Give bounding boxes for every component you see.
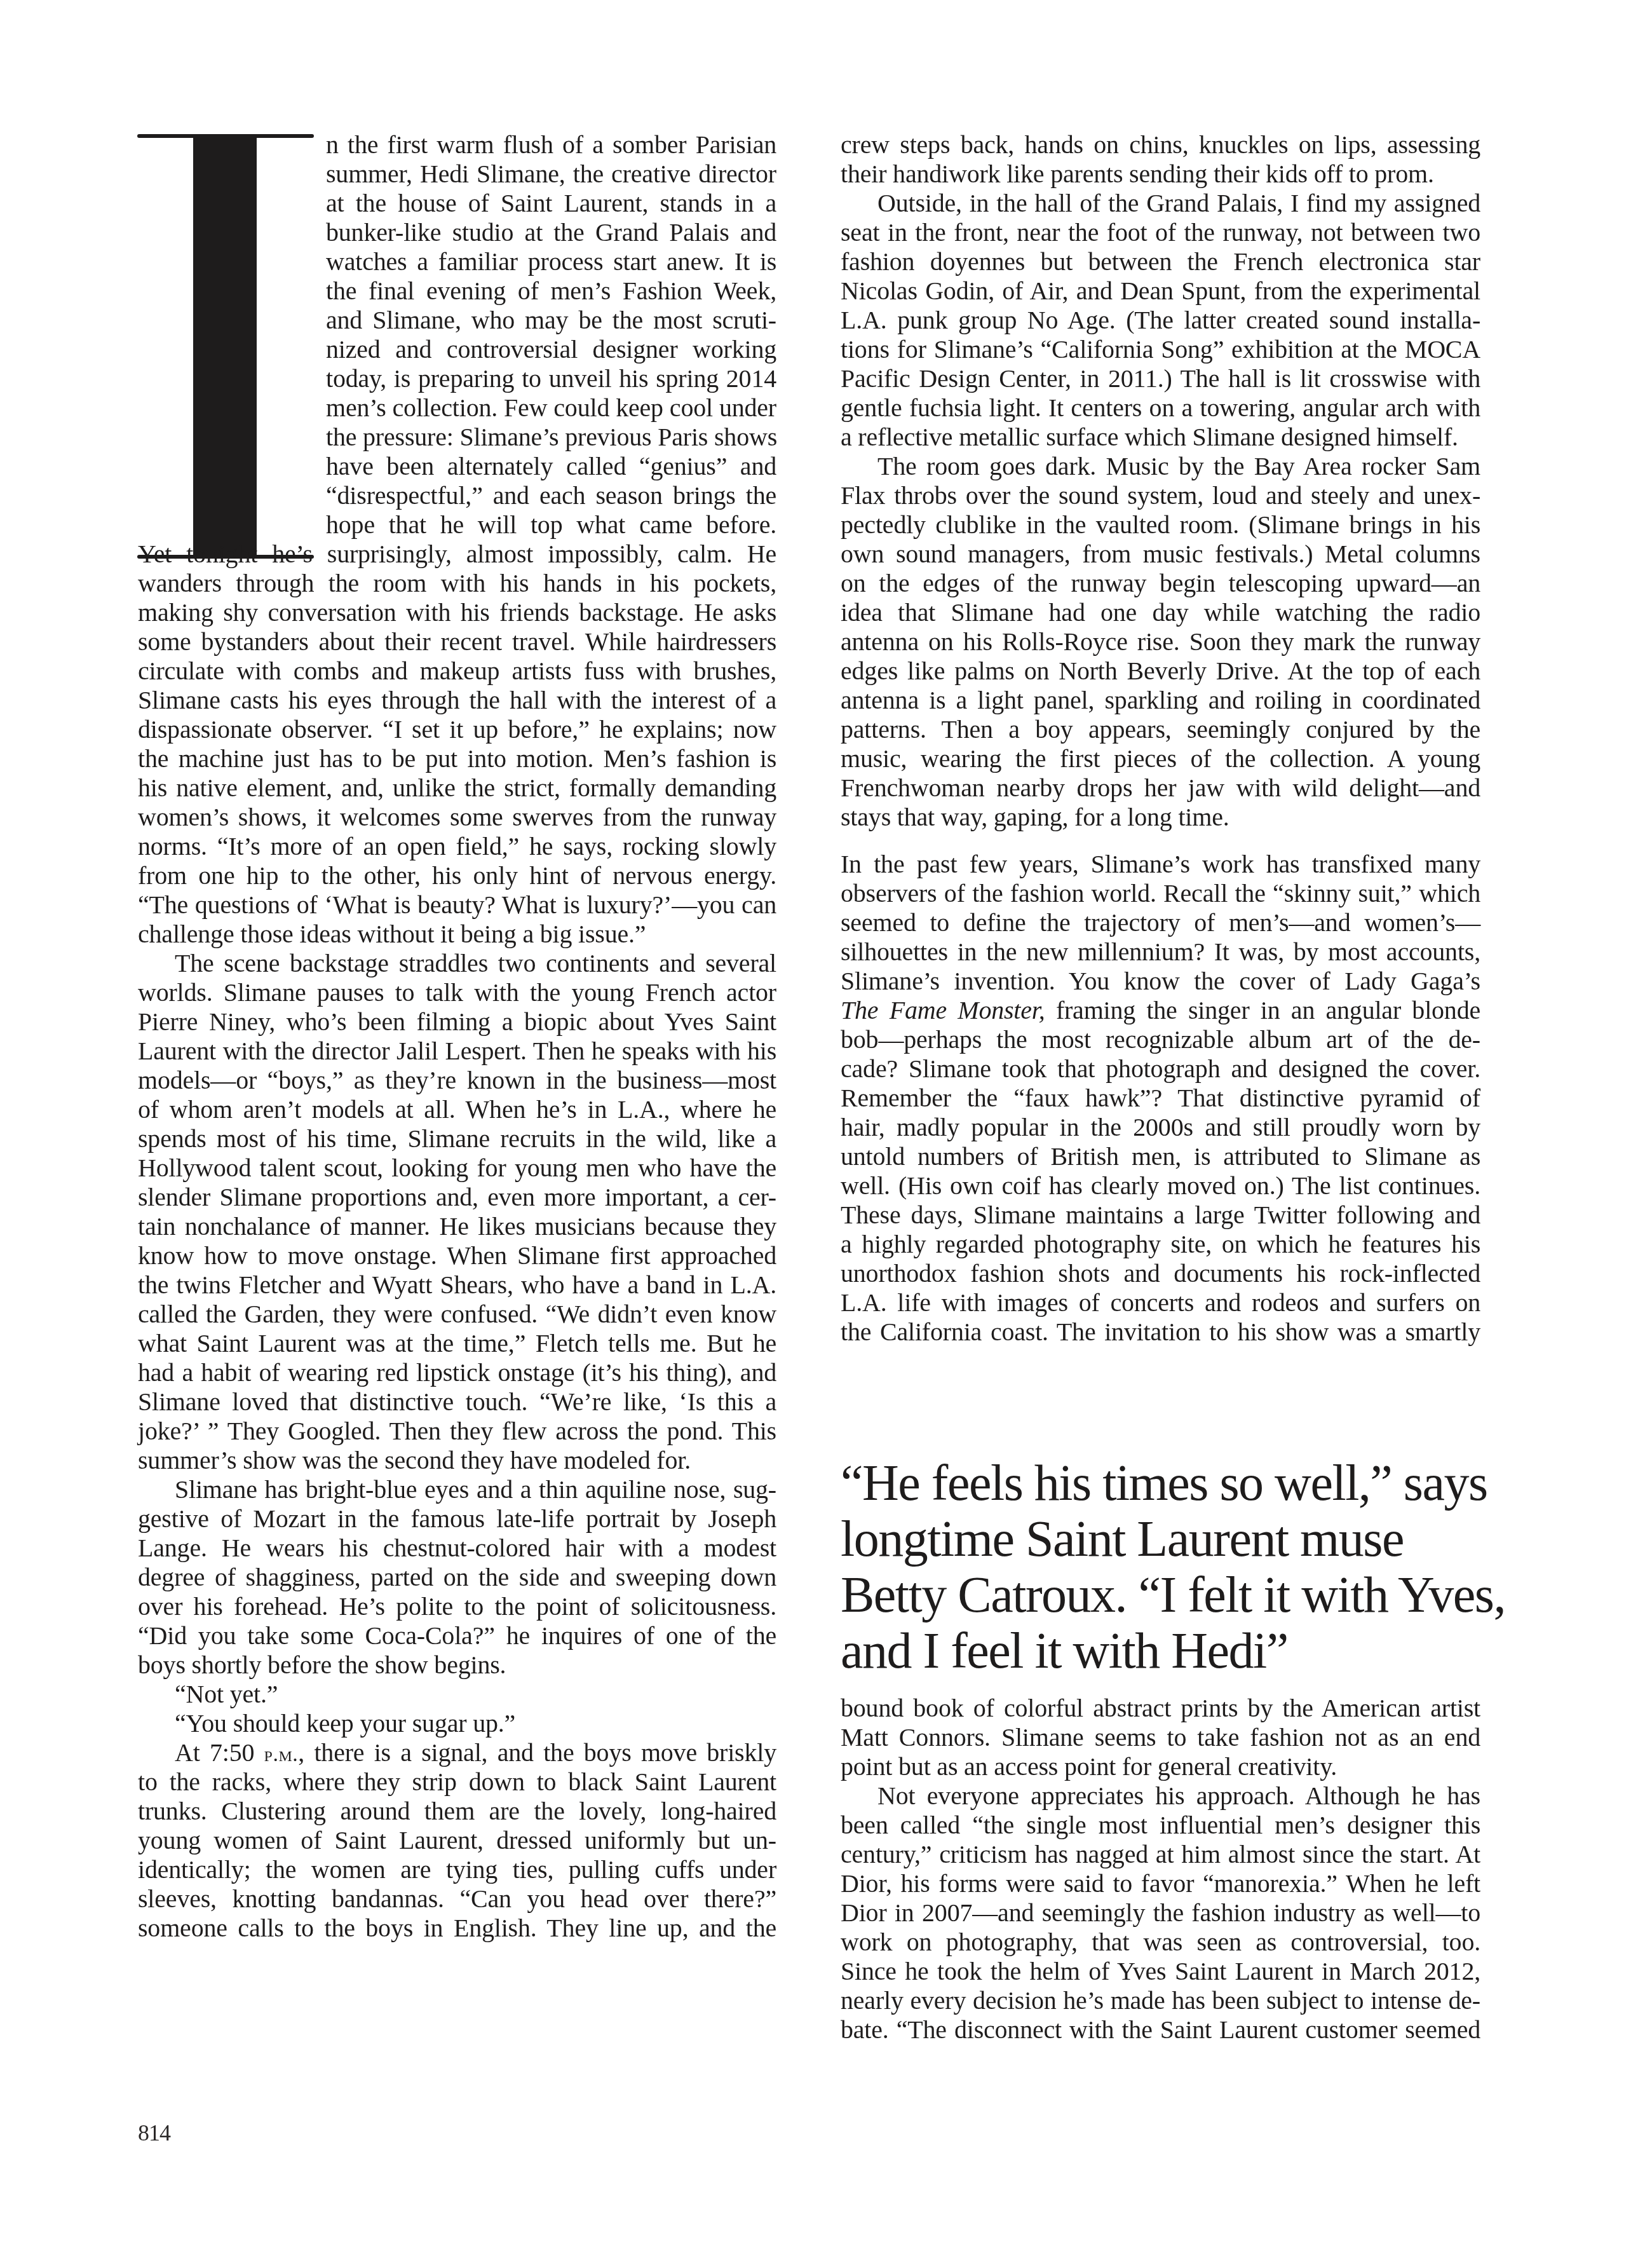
text-line: nized and controversial designer working bbox=[326, 335, 776, 364]
text-line: At 7:50 p.m., there is a signal, and the… bbox=[138, 1738, 776, 1767]
text-line: gestive of Mozart in the famous late-lif… bbox=[138, 1504, 776, 1534]
text-line: Lange. He wears his chestnut-colored hai… bbox=[138, 1534, 776, 1563]
text-line: joke?’ ” They Googled. Then they flew ac… bbox=[138, 1417, 776, 1446]
page-number: 814 bbox=[138, 2120, 170, 2146]
pull-quote: “He feels his times so well,” sayslongti… bbox=[841, 1455, 1482, 1679]
text-line: idea that Slimane had one day while watc… bbox=[841, 598, 1480, 627]
pull-quote-line: longtime Saint Laurent muse bbox=[841, 1511, 1482, 1567]
text-line: stays that way, gaping, for a long time. bbox=[841, 803, 1480, 832]
text-line: tions for Slimane’s “California Song” ex… bbox=[841, 335, 1480, 364]
section-break bbox=[841, 832, 1480, 850]
text-line: today, is preparing to unveil his spring… bbox=[326, 364, 776, 393]
text-line: The scene backstage straddles two contin… bbox=[138, 949, 776, 978]
text-line: well. (His own coif has clearly moved on… bbox=[841, 1171, 1480, 1201]
text-line: Yet tonight he’s surprisingly, almost im… bbox=[138, 540, 776, 569]
album-title: The Fame Monster, bbox=[841, 996, 1045, 1024]
text-line: Slimane casts his eyes through the hall … bbox=[138, 686, 776, 715]
text-line: “Not yet.” bbox=[138, 1680, 776, 1709]
text-line: work on photography, that was seen as co… bbox=[841, 1928, 1480, 1957]
text-line: the machine just has to be put into moti… bbox=[138, 744, 776, 773]
text-line: hope that he will top what came before. bbox=[326, 510, 776, 540]
text-line: Dior, his forms were said to favor “mano… bbox=[841, 1869, 1480, 1898]
text-line: L.A. life with images of concerts and ro… bbox=[841, 1288, 1480, 1317]
text-line: Outside, in the hall of the Grand Palais… bbox=[841, 189, 1480, 218]
text-line: In the past few years, Slimane’s work ha… bbox=[841, 850, 1480, 879]
text-line: hair, madly popular in the 2000s and sti… bbox=[841, 1113, 1480, 1142]
text-line: pectedly clublike in the vaulted room. (… bbox=[841, 510, 1480, 540]
text-line: point but as an access point for general… bbox=[841, 1752, 1480, 1781]
text-line: sleeves, knotting bandannas. “Can you he… bbox=[138, 1884, 776, 1914]
text-line: at the house of Saint Laurent, stands in… bbox=[326, 189, 776, 218]
text-line: a reflective metallic surface which Slim… bbox=[841, 423, 1480, 452]
text-line: “Did you take some Coca-Cola?” he inquir… bbox=[138, 1621, 776, 1650]
text-line: dispassionate observer. “I set it up bef… bbox=[138, 715, 776, 744]
text-line: “The questions of ‘What is beauty? What … bbox=[138, 890, 776, 920]
text-line: challenge those ideas without it being a… bbox=[138, 920, 776, 949]
text-line: crew steps back, hands on chins, knuckle… bbox=[841, 130, 1480, 160]
text-line: Pacific Design Center, in 2011.) The hal… bbox=[841, 364, 1480, 393]
text-line: wanders through the room with his hands … bbox=[138, 569, 776, 598]
text-line: the twins Fletcher and Wyatt Shears, who… bbox=[138, 1270, 776, 1300]
text-line: from one hip to the other, his only hint… bbox=[138, 861, 776, 890]
text-line: tain nonchalance of manner. He likes mus… bbox=[138, 1212, 776, 1241]
text-line: the California coast. The invitation to … bbox=[841, 1317, 1480, 1347]
article-column-right-lower: bound book of colorful abstract prints b… bbox=[841, 1694, 1480, 2045]
text-line: know how to move onstage. When Slimane f… bbox=[138, 1241, 776, 1270]
text-line: watches a familiar process start anew. I… bbox=[326, 247, 776, 276]
text-line: The Fame Monster, framing the singer in … bbox=[841, 996, 1480, 1025]
text-line: the pressure: Slimane’s previous Paris s… bbox=[326, 423, 776, 452]
text-line: making shy conversation with his friends… bbox=[138, 598, 776, 627]
text-line: summer’s show was the second they have m… bbox=[138, 1446, 776, 1475]
text-line: Hollywood talent scout, looking for youn… bbox=[138, 1154, 776, 1183]
text-line: bate. “The disconnect with the Saint Lau… bbox=[841, 2015, 1480, 2045]
text-line: worlds. Slimane pauses to talk with the … bbox=[138, 978, 776, 1007]
text-line: The room goes dark. Music by the Bay Are… bbox=[841, 452, 1480, 481]
text-line: slender Slimane proportions and, even mo… bbox=[138, 1183, 776, 1212]
text-line: Pierre Niney, who’s been filming a biopi… bbox=[138, 1007, 776, 1037]
text-line: someone calls to the boys in English. Th… bbox=[138, 1914, 776, 1943]
text-line: untold numbers of British men, is attrib… bbox=[841, 1142, 1480, 1171]
text-line: identically; the women are tying ties, p… bbox=[138, 1855, 776, 1884]
text-line: summer, Hedi Slimane, the creative direc… bbox=[326, 160, 776, 189]
text-line: have been alternately called “genius” an… bbox=[326, 452, 776, 481]
text-line: called the Garden, they were confused. “… bbox=[138, 1300, 776, 1329]
text-line: antenna on his Rolls-Royce rise. Soon th… bbox=[841, 627, 1480, 657]
text-line: Dior in 2007—and seemingly the fashion i… bbox=[841, 1898, 1480, 1928]
text-line: boys shortly before the show begins. bbox=[138, 1650, 776, 1680]
text-line: had a habit of wearing red lipstick onst… bbox=[138, 1358, 776, 1387]
time-period: p.m. bbox=[264, 1743, 299, 1766]
text-line: bunker-like studio at the Grand Palais a… bbox=[326, 218, 776, 247]
text-line: a highly regarded photography site, on w… bbox=[841, 1230, 1480, 1259]
text-line: been called “the single most influential… bbox=[841, 1811, 1480, 1840]
text-line: his native element, and, unlike the stri… bbox=[138, 773, 776, 803]
pull-quote-line: “He feels his times so well,” says bbox=[841, 1455, 1482, 1511]
text-line: and Slimane, who may be the most scruti- bbox=[326, 306, 776, 335]
text-line: own sound managers, from music festivals… bbox=[841, 540, 1480, 569]
text-line: Slimane loved that distinctive touch. “W… bbox=[138, 1387, 776, 1417]
text-line: century,” criticism has nagged at him al… bbox=[841, 1840, 1480, 1869]
text-line: trunks. Clustering around them are the l… bbox=[138, 1797, 776, 1826]
pull-quote-line: and I feel it with Hedi” bbox=[841, 1623, 1482, 1679]
text-line: Slimane has bright-blue eyes and a thin … bbox=[138, 1475, 776, 1504]
text-line: music, wearing the first pieces of the c… bbox=[841, 744, 1480, 773]
text-line: models—or “boys,” as they’re known in th… bbox=[138, 1066, 776, 1095]
text-line: bob—perhaps the most recognizable album … bbox=[841, 1025, 1480, 1054]
text-line: L.A. punk group No Age. (The latter crea… bbox=[841, 306, 1480, 335]
text-line: Since he took the helm of Yves Saint Lau… bbox=[841, 1957, 1480, 1986]
article-column-right-upper: crew steps back, hands on chins, knuckle… bbox=[841, 130, 1480, 1347]
text-line: Slimane’s invention. You know the cover … bbox=[841, 967, 1480, 996]
text-line: gentle fuchsia light. It centers on a to… bbox=[841, 393, 1480, 423]
text-line: on the edges of the runway begin telesco… bbox=[841, 569, 1480, 598]
text-line: circulate with combs and makeup artists … bbox=[138, 657, 776, 686]
text-line: bound book of colorful abstract prints b… bbox=[841, 1694, 1480, 1723]
text-line: what Saint Laurent was at the time,” Fle… bbox=[138, 1329, 776, 1358]
text-line: over his forehead. He’s polite to the po… bbox=[138, 1592, 776, 1621]
text-line: Remember the “faux hawk”? That distincti… bbox=[841, 1084, 1480, 1113]
text-line: “disrespectful,” and each season brings … bbox=[326, 481, 776, 510]
text-line: silhouettes in the new millennium? It wa… bbox=[841, 937, 1480, 967]
text-line: to the racks, where they strip down to b… bbox=[138, 1767, 776, 1797]
text-line: edges like palms on North Beverly Drive.… bbox=[841, 657, 1480, 686]
text-line: These days, Slimane maintains a large Tw… bbox=[841, 1201, 1480, 1230]
pull-quote-line: Betty Catroux. “I felt it with Yves, bbox=[841, 1567, 1482, 1623]
text-line: unorthodox fashion shots and documents h… bbox=[841, 1259, 1480, 1288]
text-line: fashion doyennes but between the French … bbox=[841, 247, 1480, 276]
text-line: degree of shagginess, parted on the side… bbox=[138, 1563, 776, 1592]
text-line: seemed to define the trajectory of men’s… bbox=[841, 908, 1480, 937]
text-line: nearly every decision he’s made has been… bbox=[841, 1986, 1480, 2015]
text-line: the final evening of men’s Fashion Week, bbox=[326, 276, 776, 306]
text-line: women’s shows, it welcomes some swerves … bbox=[138, 803, 776, 832]
text-line: Nicolas Godin, of Air, and Dean Spunt, f… bbox=[841, 276, 1480, 306]
text-line: their handiwork like parents sending the… bbox=[841, 160, 1480, 189]
text-line: of whom aren’t models at all. When he’s … bbox=[138, 1095, 776, 1124]
text-line: young women of Saint Laurent, dressed un… bbox=[138, 1826, 776, 1855]
text-line: spends most of his time, Slimane recruit… bbox=[138, 1124, 776, 1154]
text-line: patterns. Then a boy appears, seemingly … bbox=[841, 715, 1480, 744]
text-line: Flax throbs over the sound system, loud … bbox=[841, 481, 1480, 510]
text-line: Laurent with the director Jalil Lespert.… bbox=[138, 1037, 776, 1066]
text-line: men’s collection. Few could keep cool un… bbox=[326, 393, 776, 423]
text-line: Not everyone appreciates his approach. A… bbox=[841, 1781, 1480, 1811]
text-line: n the first warm flush of a somber Paris… bbox=[326, 130, 776, 160]
text-line: cade? Slimane took that photograph and d… bbox=[841, 1054, 1480, 1084]
text-line: some bystanders about their recent trave… bbox=[138, 627, 776, 657]
text-line: Matt Connors. Slimane seems to take fash… bbox=[841, 1723, 1480, 1752]
text-line: antenna is a light panel, sparkling and … bbox=[841, 686, 1480, 715]
text-line: seat in the front, near the foot of the … bbox=[841, 218, 1480, 247]
text-line: Frenchwoman nearby drops her jaw with wi… bbox=[841, 773, 1480, 803]
text-line: observers of the fashion world. Recall t… bbox=[841, 879, 1480, 908]
text-line: “You should keep your sugar up.” bbox=[138, 1709, 776, 1738]
text-line: norms. “It’s more of an open field,” he … bbox=[138, 832, 776, 861]
article-column-left: n the first warm flush of a somber Paris… bbox=[138, 130, 776, 1943]
